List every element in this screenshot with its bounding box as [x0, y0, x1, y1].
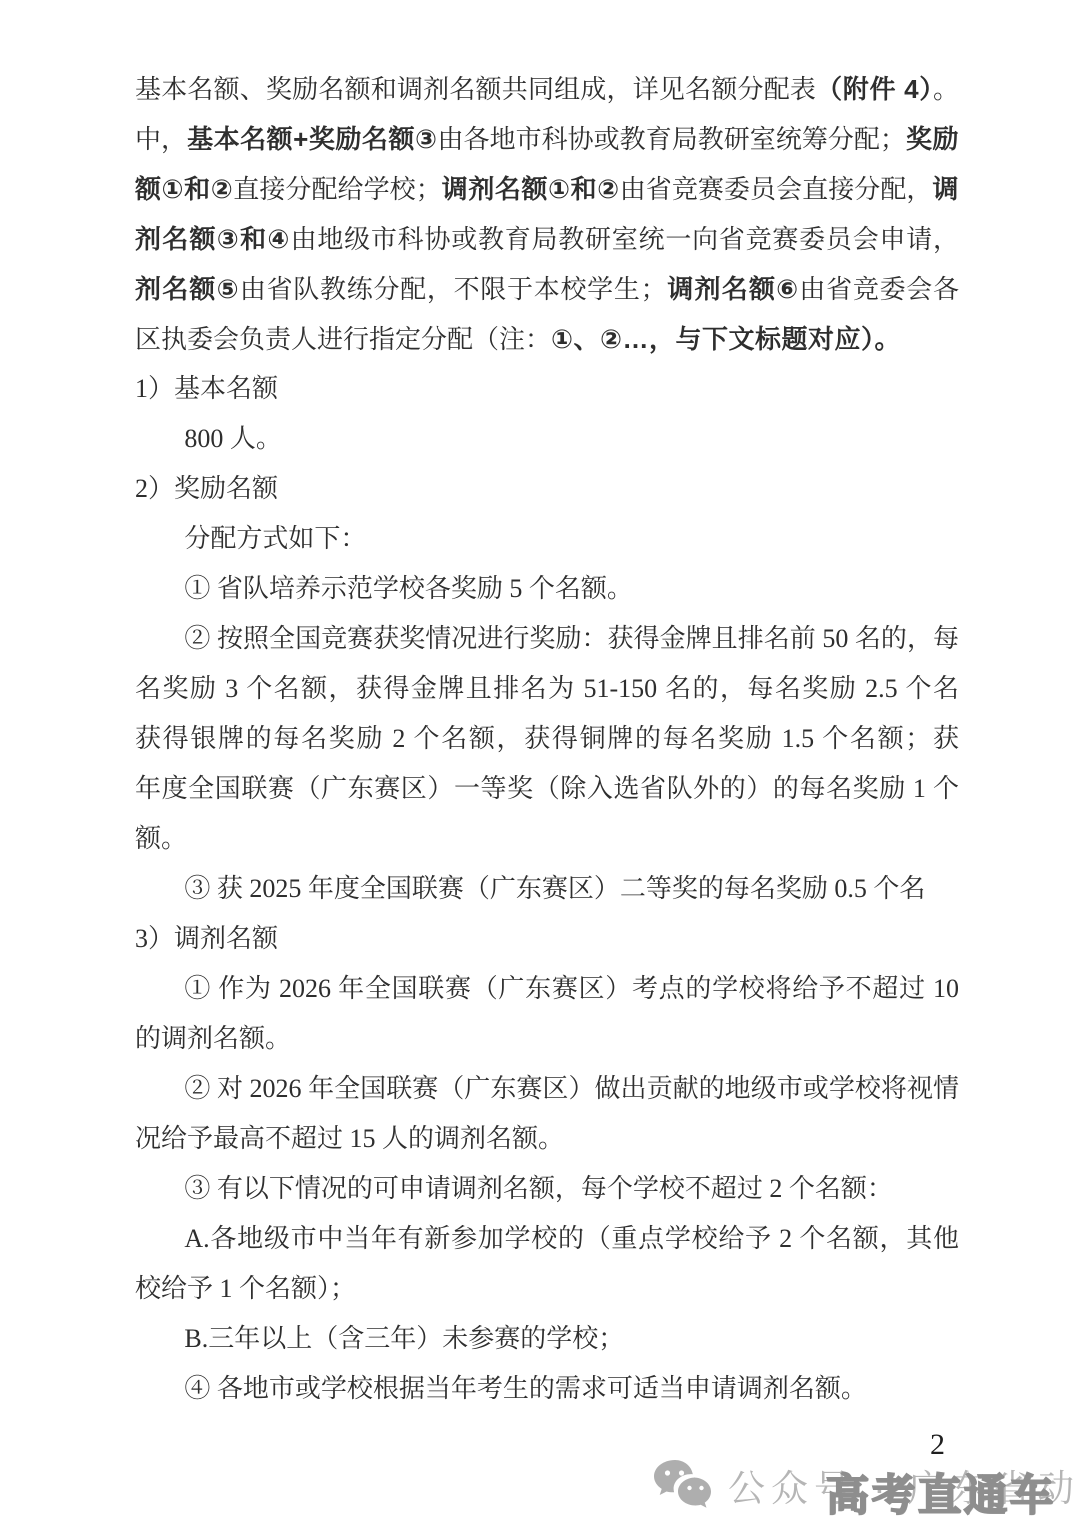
text-line: 区执委会负责人进行指定分配（注：①、②…，与下文标题对应）。	[135, 314, 959, 364]
bold-text-segment: 基本名额+奖励名额③	[187, 124, 437, 154]
text-segment: 1）基本名额	[135, 374, 278, 403]
text-segment: 名奖励 3 个名额，获得金牌且排名为 51-150 名的，每名奖励 2.5 个名…	[135, 674, 959, 714]
text-segment: 由省竞赛委员会直接分配，	[620, 175, 933, 204]
text-line: 的调剂名额。	[135, 1014, 959, 1064]
text-line: 2）奖励名额	[135, 464, 959, 514]
text-line: 额。	[135, 814, 959, 864]
text-line: 况给予最高不超过 15 人的调剂名额。	[135, 1114, 959, 1164]
text-line: 剂名额⑤由省队教练分配，不限于本校学生；调剂名额⑥由省竞委会各片	[135, 264, 959, 314]
bold-text-segment: ①、②…，与下文标题对应）。	[551, 324, 901, 354]
text-line: 分配方式如下：	[135, 514, 959, 564]
text-segment: ① 省队培养示范学校各奖励 5 个名额。	[184, 574, 633, 603]
text-segment: 获得银牌的每名奖励 2 个名额，获得铜牌的每名奖励 1.5 个名额；获 2025	[135, 724, 959, 764]
text-segment: 中，	[135, 125, 187, 154]
text-segment: 的调剂名额。	[135, 1024, 291, 1053]
text-line: ② 按照全国竞赛获奖情况进行奖励：获得金牌且排名前 50 名的，每	[135, 614, 959, 664]
text-segment: 由各地市科协或教育局教研室统筹分配；	[438, 125, 906, 154]
text-line: 年度全国联赛（广东赛区）一等奖（除入选省队外的）的每名奖励 1 个名	[135, 764, 959, 814]
document-lines: 基本名额、奖励名额和调剂名额共同组成，详见名额分配表（附件 4）。其中，基本名额…	[135, 64, 959, 1414]
text-line: ③ 有以下情况的可申请调剂名额，每个学校不超过 2 个名额：	[135, 1164, 959, 1214]
text-segment: 分配方式如下：	[184, 524, 366, 553]
text-line: ③ 获 2025 年度全国联赛（广东赛区）二等奖的每名奖励 0.5 个名额。	[135, 864, 959, 914]
bold-text-segment: 剂名额③和④	[135, 224, 291, 254]
text-line: 校给予 1 个名额）；	[135, 1264, 959, 1314]
text-line: 基本名额、奖励名额和调剂名额共同组成，详见名额分配表（附件 4）。其	[135, 64, 959, 114]
text-segment: A.各地级市中当年有新参加学校的（重点学校给予 2 个名额，其他学	[135, 1224, 959, 1264]
text-line: 800 人。	[135, 414, 959, 464]
text-segment: 区执委会负责人进行指定分配（注：	[135, 325, 551, 354]
text-line: A.各地级市中当年有新参加学校的（重点学校给予 2 个名额，其他学	[135, 1214, 959, 1264]
text-line: 3）调剂名额	[135, 914, 959, 964]
watermark-overlay-text: 高考直通车	[826, 1462, 1056, 1523]
text-segment: ② 按照全国竞赛获奖情况进行奖励：获得金牌且排名前 50 名的，每	[184, 624, 959, 653]
bold-text-segment: 调剂名额①和②	[442, 174, 620, 204]
text-segment: 基本名额、奖励名额和调剂名额共同组成，详见名额分配表	[135, 75, 816, 104]
text-line: ① 作为 2026 年全国联赛（广东赛区）考点的学校将给予不超过 10 人	[135, 964, 959, 1014]
text-line: 名奖励 3 个名额，获得金牌且排名为 51-150 名的，每名奖励 2.5 个名…	[135, 664, 959, 714]
text-segment: ③ 有以下情况的可申请调剂名额，每个学校不超过 2 个名额：	[184, 1174, 893, 1203]
text-segment: 额。	[135, 824, 187, 853]
text-line: ④ 各地市或学校根据当年考生的需求可适当申请调剂名额。	[135, 1364, 959, 1414]
text-line: B.三年以上（含三年）未参赛的学校；	[135, 1314, 959, 1364]
text-line: 获得银牌的每名奖励 2 个名额，获得铜牌的每名奖励 1.5 个名额；获 2025	[135, 714, 959, 764]
text-line: 剂名额③和④由地级市科协或教育局教研室统一向省竞赛委员会申请，调	[135, 214, 959, 264]
text-segment: ④ 各地市或学校根据当年考生的需求可适当申请调剂名额。	[184, 1374, 867, 1403]
page-number: 2	[930, 1428, 945, 1462]
text-line: 额①和②直接分配给学校；调剂名额①和②由省竞赛委员会直接分配，调	[135, 164, 959, 214]
text-line: ① 省队培养示范学校各奖励 5 个名额。	[135, 564, 959, 614]
text-segment: B.三年以上（含三年）未参赛的学校；	[184, 1324, 624, 1353]
wechat-icon	[652, 1458, 714, 1512]
bold-text-segment: 额①和②	[135, 174, 233, 204]
text-segment: 年度全国联赛（广东赛区）一等奖（除入选省队外的）的每名奖励 1 个名	[135, 774, 959, 814]
text-line: ② 对 2026 年全国联赛（广东赛区）做出贡献的地级市或学校将视情	[135, 1064, 959, 1114]
text-segment: 由地级市科协或教育局教研室统一向省竞赛委员会申请，	[291, 225, 959, 254]
document-page: 基本名额、奖励名额和调剂名额共同组成，详见名额分配表（附件 4）。其中，基本名额…	[0, 0, 1080, 1527]
text-segment: 3）调剂名额	[135, 924, 278, 953]
text-segment: 直接分配给学校；	[233, 175, 441, 204]
text-segment: ③ 获 2025 年度全国联赛（广东赛区）二等奖的每名奖励 0.5 个名额。	[135, 874, 925, 914]
bold-text-segment: （附件 4）	[816, 74, 933, 104]
bold-text-segment: 剂名额⑤	[135, 274, 240, 304]
text-segment: 由省队教练分配，不限于本校学生；	[240, 275, 667, 304]
text-segment: ① 作为 2026 年全国联赛（广东赛区）考点的学校将给予不超过 10 人	[135, 974, 959, 1014]
text-segment: 2）奖励名额	[135, 474, 278, 503]
text-line: 中，基本名额+奖励名额③由各地市科协或教育局教研室统筹分配；奖励名	[135, 114, 959, 164]
bold-text-segment: 调剂名额⑥	[667, 274, 800, 304]
text-segment: ② 对 2026 年全国联赛（广东赛区）做出贡献的地级市或学校将视情	[184, 1074, 959, 1103]
text-segment: 校给予 1 个名额）；	[135, 1274, 356, 1303]
text-line: 1）基本名额	[135, 364, 959, 414]
bold-text-segment: 调	[932, 174, 959, 204]
text-segment: 况给予最高不超过 15 人的调剂名额。	[135, 1124, 564, 1153]
text-segment: 800 人。	[184, 424, 282, 453]
